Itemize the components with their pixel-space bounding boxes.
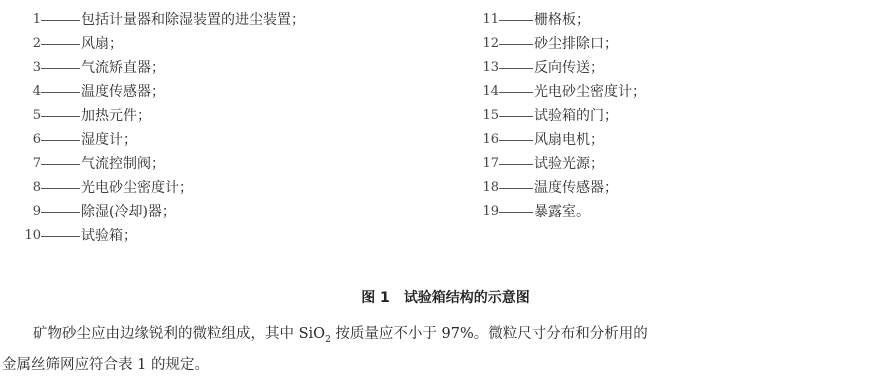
legend-number: 14 <box>474 80 499 104</box>
leader-dash <box>499 188 533 189</box>
legend-text: 暴露室。 <box>534 200 590 224</box>
legend-number: 15 <box>474 104 499 128</box>
legend-item: 18温度传感器； <box>450 176 891 200</box>
legend-number: 6 <box>0 128 41 152</box>
legend-item: 16风扇电机； <box>450 128 891 152</box>
legend-number: 2 <box>0 32 41 56</box>
legend-item: 2风扇； <box>0 32 450 56</box>
leader-dash <box>41 236 80 237</box>
leader-dash <box>41 212 80 213</box>
legend-item: 15试验箱的门； <box>450 104 891 128</box>
figure-number: 图 1 <box>361 290 390 306</box>
leader-dash <box>499 140 533 141</box>
legend-number: 4 <box>0 80 41 104</box>
legend-item: 4温度传感器； <box>0 80 450 104</box>
legend-number: 19 <box>474 200 499 224</box>
paragraph-line-1: 矿物砂尘应由边缘锐利的微粒组成，其中 SiO2 按质量应不小于 97%。微粒尺寸… <box>0 322 891 353</box>
paragraph-line-2: 金属丝筛网应符合表 1 的规定。 <box>0 353 891 378</box>
legend-number: 11 <box>474 8 499 32</box>
legend-number: 18 <box>474 176 499 200</box>
leader-dash <box>41 44 80 45</box>
legend-text: 光电砂尘密度计； <box>81 176 193 200</box>
leader-dash <box>499 20 533 21</box>
legend-number: 10 <box>0 224 41 248</box>
legend-item: 12砂尘排除口； <box>450 32 891 56</box>
leader-dash <box>41 140 80 141</box>
legend-text: 风扇电机； <box>534 128 604 152</box>
legend-text: 风扇； <box>81 32 123 56</box>
legend-number: 7 <box>0 152 41 176</box>
legend-number: 3 <box>0 56 41 80</box>
legend-item: 3气流矫直器； <box>0 56 450 80</box>
leader-dash <box>41 164 80 165</box>
legend-text: 温度传感器； <box>81 80 165 104</box>
leader-dash <box>499 164 533 165</box>
leader-dash <box>499 44 533 45</box>
legend-number: 12 <box>474 32 499 56</box>
legend-text: 温度传感器； <box>534 176 618 200</box>
legend-text: 湿度计； <box>81 128 137 152</box>
legend-item: 8光电砂尘密度计； <box>0 176 450 200</box>
legend-text: 砂尘排除口； <box>534 32 618 56</box>
legend-text: 气流控制阀； <box>81 152 165 176</box>
legend-text: 试验箱； <box>81 224 137 248</box>
legend-item: 14光电砂尘密度计； <box>450 80 891 104</box>
legend-item: 17试验光源； <box>450 152 891 176</box>
leader-dash <box>41 68 80 69</box>
legend-text: 加热元件； <box>81 104 151 128</box>
legend-text: 包括计量器和除湿装置的进尘装置； <box>81 8 305 32</box>
leader-dash <box>499 212 533 213</box>
legend-item: 10试验箱； <box>0 224 450 248</box>
legend-number: 5 <box>0 104 41 128</box>
legend-item: 6湿度计； <box>0 128 450 152</box>
leader-dash <box>41 116 80 117</box>
legend-item: 19暴露室。 <box>450 200 891 224</box>
legend-number: 8 <box>0 176 41 200</box>
legend-item: 7气流控制阀； <box>0 152 450 176</box>
legend-item: 5加热元件； <box>0 104 450 128</box>
legend-column-left: 1包括计量器和除湿装置的进尘装置； 2风扇； 3气流矫直器； 4温度传感器； 5… <box>0 8 450 248</box>
leader-dash <box>499 92 533 93</box>
leader-dash <box>41 188 80 189</box>
leader-dash <box>499 68 533 69</box>
figure-caption: 图 1试验箱结构的示意图 <box>0 287 891 307</box>
legend-item: 13反向传送； <box>450 56 891 80</box>
legend-item: 1包括计量器和除湿装置的进尘装置； <box>0 8 450 32</box>
paragraph-text: 矿物砂尘应由边缘锐利的微粒组成，其中 SiO <box>33 326 325 342</box>
legend-text: 栅格板； <box>534 8 590 32</box>
legend-item: 9除湿(冷却)器； <box>0 200 450 224</box>
legend-text: 反向传送； <box>534 56 604 80</box>
legend-text: 试验箱的门； <box>534 104 618 128</box>
figure-title: 试验箱结构的示意图 <box>404 290 530 306</box>
legend-column-right: 11栅格板； 12砂尘排除口； 13反向传送； 14光电砂尘密度计； 15试验箱… <box>450 8 891 224</box>
paragraph-text: 按质量应不小于 97%。微粒尺寸分布和分析用的 <box>331 326 648 342</box>
leader-dash <box>499 116 533 117</box>
legend-text: 除湿(冷却)器； <box>81 200 176 224</box>
legend-number: 9 <box>0 200 41 224</box>
legend-number: 1 <box>0 8 41 32</box>
legend-number: 17 <box>474 152 499 176</box>
legend-number: 13 <box>474 56 499 80</box>
legend-text: 气流矫直器； <box>81 56 165 80</box>
leader-dash <box>41 20 80 21</box>
legend-text: 光电砂尘密度计； <box>534 80 646 104</box>
legend-item: 11栅格板； <box>450 8 891 32</box>
leader-dash <box>41 92 80 93</box>
legend-text: 试验光源； <box>534 152 604 176</box>
body-paragraph: 矿物砂尘应由边缘锐利的微粒组成，其中 SiO2 按质量应不小于 97%。微粒尺寸… <box>0 322 891 378</box>
legend-number: 16 <box>474 128 499 152</box>
